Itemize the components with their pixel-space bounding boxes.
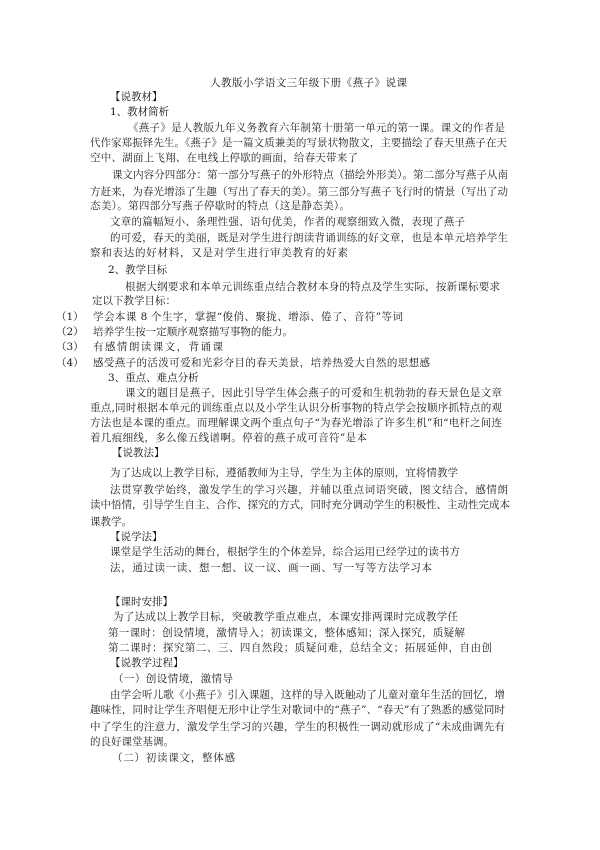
paragraph-line: 定以下教学目标：: [92, 294, 176, 308]
section-heading-shuo-jiaofa: 【说教法】: [112, 446, 165, 460]
subsection-heading-intro: （一）创设情境，激情导入: [113, 672, 233, 686]
goal-number: （4）: [56, 356, 84, 370]
subsection-heading-material-analysis: 1、教材简析: [110, 105, 169, 119]
paragraph-line: 的良好课堂基调。: [90, 735, 174, 749]
section-heading-shuo-xuefa: 【说学法】: [110, 530, 163, 544]
paragraph-line: 趣味性，同时让学生齐唱便无形中让学生对歌词中的“燕子”、“春天”有了熟悉的感觉同…: [90, 703, 505, 717]
section-heading-schedule: 【课时安排】: [110, 595, 173, 609]
paragraph-line: 为了达成以上教学目标，突破教学重点难点，本课安排两课时完成教学任务。: [113, 610, 458, 624]
goal-number: （2）: [56, 325, 84, 339]
goal-number: （3）: [56, 340, 84, 354]
paragraph-line: 代作家郑振铎先生。《燕子》是一篇文质兼美的写景状物散文，主要描绘了春天里燕子在天: [90, 136, 507, 150]
paragraph-line: 重点,同时根据本单元的训练重点以及小学生认识分析事物的特点学会按顺序抓特点的观察: [90, 401, 502, 415]
paragraph-line: 读中悟情，引导学生自主、合作、探究的方式，同时充分调动学生的积极性、主动性完成本: [90, 498, 510, 512]
paragraph-line: 第二课时：探究第二、三、四自然段；质疑问难，总结全文；拓展延伸，自由创作。: [108, 641, 492, 655]
paragraph-line: 方法也是本课的重点。而理解课文两个重点句子“为春光增添了许多生机”和“电杆之间连: [90, 416, 502, 430]
paragraph-line: 文章的篇幅短小、条理性强、语句优美，作者的观察细致入微，表现了燕子: [110, 215, 465, 229]
goal-text: 感受燕子的活泼可爱和光彩夺目的春天美景，培养热爱大自然的思想感情。: [93, 356, 430, 370]
goal-text: 培养学生按一定顺序观察描写事物的能力。: [93, 325, 293, 339]
goal-text: 学会本课 8 个生字，掌握“俊俏、聚拢、增添、倦了、音符”等词语。: [93, 310, 403, 324]
paragraph-line: 课文的题目是燕子，因此引导学生体会燕子的可爱和生机勃勃的春天景色是文章的: [125, 386, 502, 400]
paragraph-line: 为了达成以上教学目标，遵循教师为主导，学生为主体的原则，宜将情教学: [110, 466, 458, 480]
subsection-heading-first-reading: （二）初读课文，整体感知: [112, 751, 235, 765]
section-heading-teaching-process: 【说教学过程】: [110, 656, 184, 670]
paragraph-line: 课文内容分四部分：第一部分写燕子的外形特点（描绘外形美）。第二部分写燕子从南: [112, 168, 508, 182]
subsection-heading-teaching-goals: 2、教学目标: [108, 263, 167, 277]
paragraph-line: 第一课时：创设情境，激情导入；初读课文，整体感知；深入探究，质疑解疑。: [108, 626, 465, 640]
paragraph-line: 课堂是学生活动的舞台，根据学生的个体差异，综合运用已经学过的读书方: [110, 545, 460, 559]
paragraph-line: 根据大纲要求和本单元训练重点结合教材本身的特点及学生实际，按新课标要求拟: [125, 280, 500, 294]
goal-number: （1）: [56, 310, 84, 324]
document-page: 人教版小学语文三年级下册《燕子》说课稿 【说教材】 1、教材简析 《燕子》是人教…: [0, 0, 600, 850]
paragraph-line: 法贯穿教学始终，激发学生的学习兴趣，并辅以重点词语突破，图文结合，感情朗读，: [110, 483, 508, 497]
paragraph-line: 态美）。第四部分写燕子停歇时的特点（这是静态美）。: [90, 199, 350, 213]
paragraph-line: 中了学生的注意力，激发学生学习的兴趣，学生的积极性一调动就形成了“未成曲调先有情…: [90, 720, 505, 734]
goal-text: 有感情朗读课文，背诵课文。: [93, 340, 223, 354]
paragraph-line: 方赶来，为春光增添了生趣（写出了春天的美）。第三部分写燕子飞行时的情景（写出了动: [90, 185, 508, 199]
paragraph-line: 《燕子》是人教版九年义务教育六年制第十册第一单元的第一课。课文的作者是现: [128, 121, 505, 135]
paragraph-line: 由学会听儿歌《小燕子》引入课题，这样的导入既触动了儿童对童年生活的回忆，增强: [110, 688, 505, 702]
paragraph-line: 法，通过读一读、想一想、议一议、画一画、写一写等方法学习本课。: [110, 561, 432, 575]
paragraph-line: 的可爱，春天的美丽，既是对学生进行朗读背诵训练的好文章，也是本单元培养学生观: [110, 231, 508, 245]
section-heading-shuo-jiaocai: 【说教材】: [110, 90, 163, 104]
paragraph-line: 空中、湖面上飞翔、在电线上停歇的画面，给春天带来了许多生机。: [90, 151, 358, 165]
paragraph-line: 着几痕细线，多么像五线谱啊。停着的燕子成可音符”是本课的难点。: [90, 431, 367, 445]
paragraph-line: 察和表达的好材料，又是对学生进行审美教育的好素材。: [90, 246, 348, 260]
paragraph-line: 课教学。: [90, 515, 132, 529]
subsection-heading-key-points: 3、重点、难点分析: [108, 371, 199, 385]
document-title: 人教版小学语文三年级下册《燕子》说课稿: [210, 76, 407, 90]
